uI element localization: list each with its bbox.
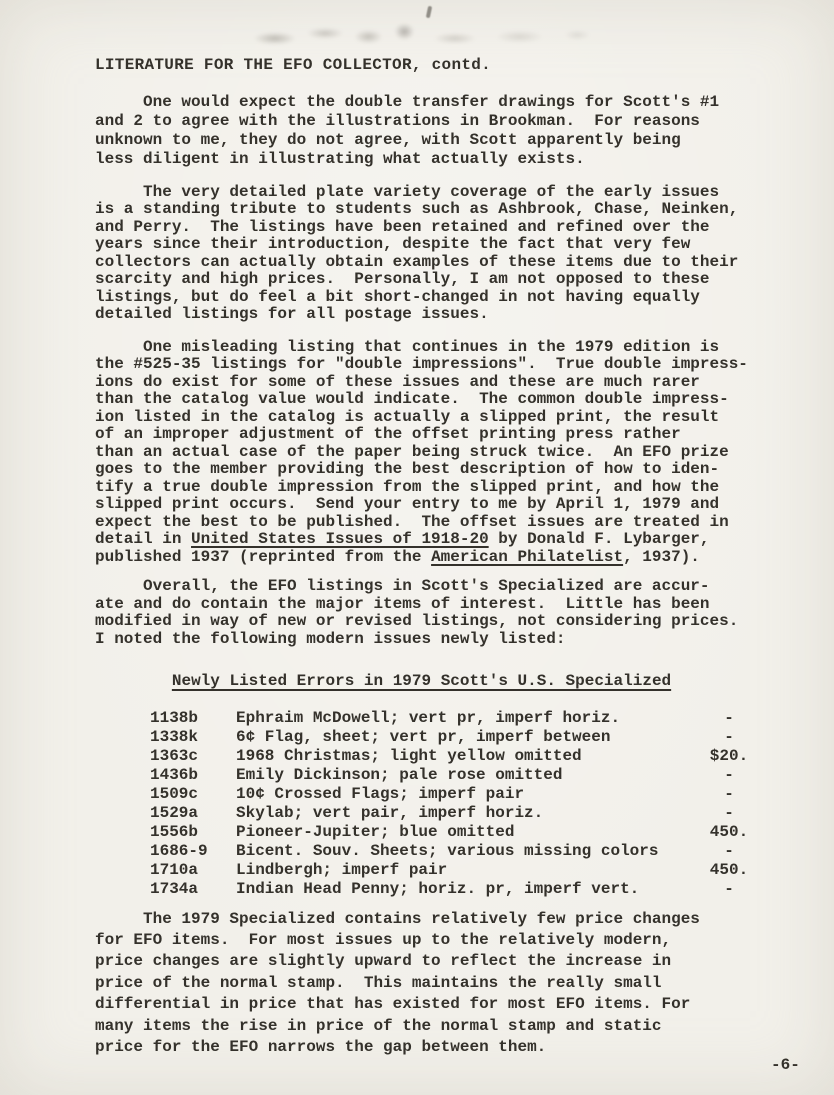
table-row: 1138bEphraim McDowell; vert pr, imperf h… bbox=[150, 709, 755, 728]
catalog-number: 1338k bbox=[150, 728, 236, 747]
paragraph-price-changes: The 1979 Specialized contains relatively… bbox=[95, 909, 785, 1059]
item-description: 1968 Christmas; light yellow omitted bbox=[236, 747, 696, 766]
price-value: - bbox=[696, 880, 762, 899]
paragraph-text: One misleading listing that continues in… bbox=[95, 338, 748, 549]
price-value: 450. bbox=[696, 823, 762, 842]
table-row: 1436bEmily Dickinson; pale rose omitted- bbox=[150, 766, 755, 785]
price-value: $20. bbox=[696, 747, 762, 766]
table-row: 1338k6¢ Flag, sheet; vert pr, imperf bet… bbox=[150, 728, 755, 747]
table-row: 1686-9Bicent. Souv. Sheets; various miss… bbox=[150, 842, 755, 861]
item-description: Indian Head Penny; horiz. pr, imperf ver… bbox=[236, 880, 696, 899]
catalog-number: 1686-9 bbox=[150, 842, 236, 861]
underlined-title: United States Issues of 1918-20 bbox=[191, 530, 489, 548]
catalog-number: 1363c bbox=[150, 747, 236, 766]
catalog-number: 1734a bbox=[150, 880, 236, 899]
table-row: 1710aLindbergh; imperf pair450. bbox=[150, 861, 755, 880]
catalog-number: 1138b bbox=[150, 709, 236, 728]
paragraph-overall-listings: Overall, the EFO listings in Scott's Spe… bbox=[95, 578, 785, 648]
table-row: 1509c10¢ Crossed Flags; imperf pair- bbox=[150, 785, 755, 804]
table-row: 1363c1968 Christmas; light yellow omitte… bbox=[150, 747, 755, 766]
item-description: Pioneer-Jupiter; blue omitted bbox=[236, 823, 696, 842]
catalog-number: 1509c bbox=[150, 785, 236, 804]
catalog-number: 1529a bbox=[150, 804, 236, 823]
item-description: Skylab; vert pair, imperf horiz. bbox=[236, 804, 696, 823]
newly-listed-errors-table: Newly Listed Errors in 1979 Scott's U.S.… bbox=[95, 672, 755, 899]
underlined-title: American Philatelist bbox=[431, 548, 623, 566]
item-description: 10¢ Crossed Flags; imperf pair bbox=[236, 785, 696, 804]
price-value: - bbox=[696, 766, 762, 785]
table-row: 1556bPioneer-Jupiter; blue omitted450. bbox=[150, 823, 755, 842]
catalog-number: 1556b bbox=[150, 823, 236, 842]
scan-smudge bbox=[246, 18, 606, 52]
paragraph-double-impressions: One misleading listing that continues in… bbox=[95, 339, 785, 567]
paragraph-text: The 1979 Specialized contains relatively… bbox=[95, 910, 700, 1056]
paragraph-text: , 1937). bbox=[623, 548, 700, 566]
price-value: - bbox=[696, 728, 762, 747]
paragraph-plate-variety: The very detailed plate variety coverage… bbox=[95, 184, 785, 324]
price-value: - bbox=[696, 785, 762, 804]
price-value: - bbox=[696, 804, 762, 823]
price-value: 450. bbox=[696, 861, 762, 880]
table-row: 1529aSkylab; vert pair, imperf horiz.- bbox=[150, 804, 755, 823]
paragraph-text: Overall, the EFO listings in Scott's Spe… bbox=[95, 577, 738, 648]
price-value: - bbox=[696, 709, 762, 728]
table-title: Newly Listed Errors in 1979 Scott's U.S.… bbox=[95, 672, 748, 691]
table-row: 1734aIndian Head Penny; horiz. pr, imper… bbox=[150, 880, 755, 899]
item-description: Ephraim McDowell; vert pr, imperf horiz. bbox=[236, 709, 696, 728]
paragraph-text: The very detailed plate variety coverage… bbox=[95, 183, 738, 324]
paragraph-text: One would expect the double transfer dra… bbox=[95, 93, 719, 168]
paragraph-double-transfer: One would expect the double transfer dra… bbox=[95, 93, 785, 169]
scan-speck bbox=[426, 6, 432, 19]
catalog-number: 1710a bbox=[150, 861, 236, 880]
table-rows: 1138bEphraim McDowell; vert pr, imperf h… bbox=[150, 709, 755, 899]
page-number: -6- bbox=[771, 1056, 800, 1075]
price-value: - bbox=[696, 842, 762, 861]
scanned-page: LITERATURE FOR THE EFO COLLECTOR, contd.… bbox=[0, 0, 834, 1095]
document-title: LITERATURE FOR THE EFO COLLECTOR, contd. bbox=[95, 56, 834, 75]
catalog-number: 1436b bbox=[150, 766, 236, 785]
item-description: 6¢ Flag, sheet; vert pr, imperf between bbox=[236, 728, 696, 747]
item-description: Emily Dickinson; pale rose omitted bbox=[236, 766, 696, 785]
item-description: Bicent. Souv. Sheets; various missing co… bbox=[236, 842, 696, 861]
item-description: Lindbergh; imperf pair bbox=[236, 861, 696, 880]
